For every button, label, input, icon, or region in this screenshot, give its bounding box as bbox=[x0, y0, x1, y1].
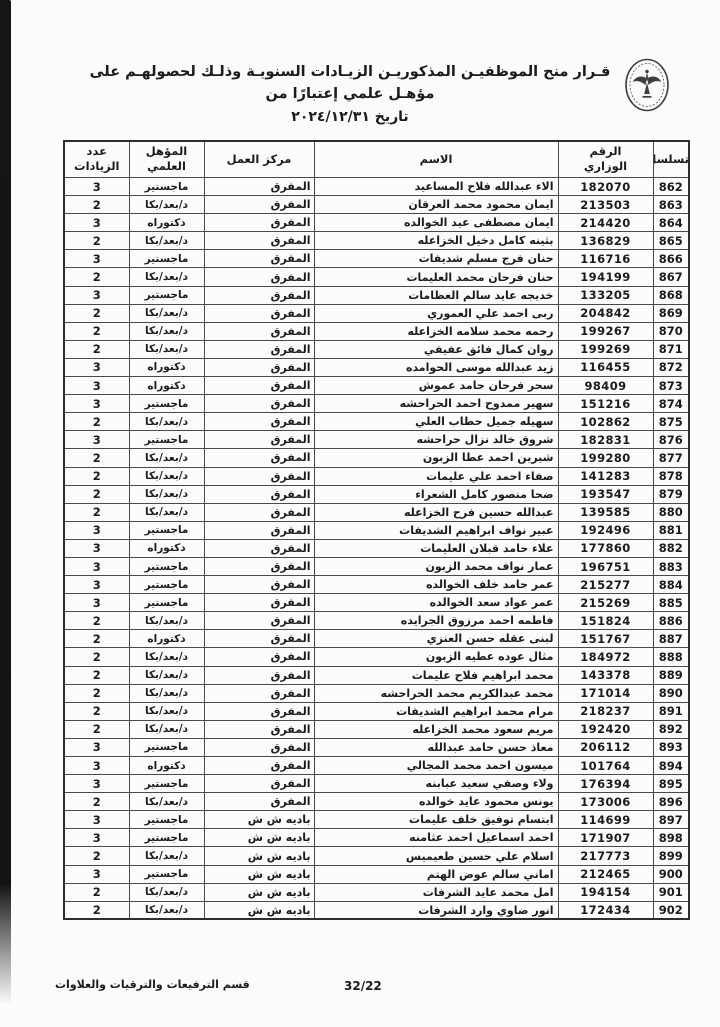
serial-cell: 894 bbox=[653, 757, 689, 775]
ministry-number-cell: 136829 bbox=[558, 232, 653, 250]
employee-name-cell: محمد ابراهيم فلاح عليمات bbox=[314, 666, 558, 684]
serial-cell: 871 bbox=[653, 340, 689, 358]
increments-cell: 3 bbox=[64, 576, 129, 594]
qualification-cell: ماجستير bbox=[129, 286, 204, 304]
serial-cell: 866 bbox=[653, 250, 689, 268]
footer-department-label: قسم الترفيعات والترقيات والعلاوات bbox=[55, 978, 250, 991]
work-center-cell: المفرق bbox=[204, 377, 314, 395]
table-row: 865 136829 بثينه كامل دخيل الخزاعله المف… bbox=[64, 232, 689, 250]
work-center-cell: المفرق bbox=[204, 358, 314, 376]
footer-page-number: 32/22 bbox=[344, 979, 382, 993]
increments-cell: 2 bbox=[64, 449, 129, 467]
increments-cell: 3 bbox=[64, 775, 129, 793]
employee-name-cell: محمد عبدالكريم محمد الحراحشه bbox=[314, 684, 558, 702]
qualification-cell: ماجستير bbox=[129, 431, 204, 449]
employee-name-cell: عمار نواف محمد الزبون bbox=[314, 557, 558, 575]
ministry-number-cell: 171907 bbox=[558, 829, 653, 847]
table-row: 886 151824 فاطمه احمد مرزوق الجرايده الم… bbox=[64, 612, 689, 630]
table-row: 867 194199 حنان فرحان محمد العليمات المف… bbox=[64, 268, 689, 286]
work-center-cell: المفرق bbox=[204, 539, 314, 557]
qualification-cell: د/بعد/بكا bbox=[129, 720, 204, 738]
qualification-cell: د/بعد/بكا bbox=[129, 449, 204, 467]
qualification-cell: د/بعد/بكا bbox=[129, 847, 204, 865]
work-center-cell: المفرق bbox=[204, 757, 314, 775]
employee-name-cell: صفاء احمد علي عليمات bbox=[314, 467, 558, 485]
serial-cell: 899 bbox=[653, 847, 689, 865]
employee-name-cell: مرام محمد ابراهيم الشديفات bbox=[314, 702, 558, 720]
employee-name-cell: عمر عواد سعد الخوالده bbox=[314, 594, 558, 612]
table-row: 895 176394 ولاء وصفي سعيد عبابنه المفرق … bbox=[64, 775, 689, 793]
qualification-cell: د/بعد/بكا bbox=[129, 413, 204, 431]
work-center-cell: المفرق bbox=[204, 521, 314, 539]
work-center-cell: المفرق bbox=[204, 214, 314, 232]
qualification-cell: د/بعد/بكا bbox=[129, 304, 204, 322]
table-header-row: تسلسل الرقم الوزاري الاسم مركز العمل الم… bbox=[64, 141, 689, 178]
employee-name-cell: سهيله جميل حطاب العلي bbox=[314, 413, 558, 431]
qualification-cell: ماجستير bbox=[129, 395, 204, 413]
work-center-cell: باديه ش ش bbox=[204, 865, 314, 883]
serial-cell: 874 bbox=[653, 395, 689, 413]
serial-cell: 893 bbox=[653, 738, 689, 756]
qualification-cell: د/بعد/بكا bbox=[129, 503, 204, 521]
work-center-cell: المفرق bbox=[204, 449, 314, 467]
qualification-cell: ماجستير bbox=[129, 521, 204, 539]
work-center-cell: باديه ش ش bbox=[204, 829, 314, 847]
increments-cell: 3 bbox=[64, 358, 129, 376]
employee-name-cell: يونس محمود عايد خوالده bbox=[314, 793, 558, 811]
increments-cell: 2 bbox=[64, 503, 129, 521]
increments-cell: 3 bbox=[64, 557, 129, 575]
increments-cell: 3 bbox=[64, 539, 129, 557]
increments-cell: 2 bbox=[64, 467, 129, 485]
table-row: 874 151216 سهير ممدوح احمد الحراحشه المف… bbox=[64, 395, 689, 413]
employee-name-cell: امل محمد عايد الشرفات bbox=[314, 883, 558, 901]
increments-cell: 3 bbox=[64, 377, 129, 395]
employee-name-cell: حنان فرج مسلم شديفات bbox=[314, 250, 558, 268]
serial-cell: 902 bbox=[653, 901, 689, 919]
table-row: 881 192496 عبير نواف ابراهيم الشديفات ال… bbox=[64, 521, 689, 539]
col-header-serial: تسلسل bbox=[653, 141, 689, 178]
increments-cell: 2 bbox=[64, 883, 129, 901]
work-center-cell: باديه ش ش bbox=[204, 883, 314, 901]
serial-cell: 868 bbox=[653, 286, 689, 304]
employee-name-cell: سحر فرحان حامد عموش bbox=[314, 377, 558, 395]
increments-cell: 2 bbox=[64, 684, 129, 702]
increments-cell: 2 bbox=[64, 322, 129, 340]
employee-name-cell: عبير نواف ابراهيم الشديفات bbox=[314, 521, 558, 539]
document-header: قـرار منح الموظفيـن المذكوريـن الزيـادات… bbox=[0, 0, 720, 125]
increments-cell: 3 bbox=[64, 395, 129, 413]
table-row: 902 172434 انور ضاوي وارد الشرفات باديه … bbox=[64, 901, 689, 919]
ministry-number-cell: 173006 bbox=[558, 793, 653, 811]
employee-name-cell: خديجه عايد سالم العظامات bbox=[314, 286, 558, 304]
ministry-number-cell: 217773 bbox=[558, 847, 653, 865]
table-row: 872 116455 زيد عبدالله موسى الحوامده الم… bbox=[64, 358, 689, 376]
ministry-number-cell: 213503 bbox=[558, 196, 653, 214]
increments-cell: 3 bbox=[64, 178, 129, 196]
qualification-cell: ماجستير bbox=[129, 576, 204, 594]
increments-cell: 2 bbox=[64, 340, 129, 358]
work-center-cell: المفرق bbox=[204, 250, 314, 268]
serial-cell: 898 bbox=[653, 829, 689, 847]
work-center-cell: المفرق bbox=[204, 232, 314, 250]
serial-cell: 889 bbox=[653, 666, 689, 684]
table-row: 882 177860 علاء حامد قبلان العليمات المف… bbox=[64, 539, 689, 557]
col-header-name: الاسم bbox=[314, 141, 558, 178]
ministry-number-cell: 194199 bbox=[558, 268, 653, 286]
work-center-cell: المفرق bbox=[204, 630, 314, 648]
ministry-number-cell: 214420 bbox=[558, 214, 653, 232]
work-center-cell: المفرق bbox=[204, 576, 314, 594]
table-row: 869 204842 ربى احمد علي العموري المفرق د… bbox=[64, 304, 689, 322]
work-center-cell: المفرق bbox=[204, 720, 314, 738]
employee-name-cell: زيد عبدالله موسى الحوامده bbox=[314, 358, 558, 376]
ministry-number-cell: 218237 bbox=[558, 702, 653, 720]
serial-cell: 883 bbox=[653, 557, 689, 575]
qualification-cell: د/بعد/بكا bbox=[129, 648, 204, 666]
increments-cell: 2 bbox=[64, 196, 129, 214]
ministry-number-cell: 114699 bbox=[558, 811, 653, 829]
employee-name-cell: مريم سعود محمد الخزاعله bbox=[314, 720, 558, 738]
employee-name-cell: بثينه كامل دخيل الخزاعله bbox=[314, 232, 558, 250]
table-row: 893 206112 معاذ حسن حامد عبدالله المفرق … bbox=[64, 738, 689, 756]
qualification-cell: دكتوراه bbox=[129, 377, 204, 395]
qualification-cell: ماجستير bbox=[129, 811, 204, 829]
serial-cell: 863 bbox=[653, 196, 689, 214]
work-center-cell: المفرق bbox=[204, 485, 314, 503]
serial-cell: 891 bbox=[653, 702, 689, 720]
ministry-number-cell: 204842 bbox=[558, 304, 653, 322]
increments-cell: 3 bbox=[64, 865, 129, 883]
table-row: 897 114699 ابتسام توفيق خلف عليمات باديه… bbox=[64, 811, 689, 829]
serial-cell: 872 bbox=[653, 358, 689, 376]
ministry-number-cell: 215277 bbox=[558, 576, 653, 594]
work-center-cell: المفرق bbox=[204, 612, 314, 630]
qualification-cell: دكتوراه bbox=[129, 358, 204, 376]
employee-name-cell: ايمان محمود محمد العرقان bbox=[314, 196, 558, 214]
increments-cell: 3 bbox=[64, 829, 129, 847]
increments-cell: 2 bbox=[64, 720, 129, 738]
serial-cell: 862 bbox=[653, 178, 689, 196]
qualification-cell: د/بعد/بكا bbox=[129, 232, 204, 250]
scan-edge-artifact bbox=[0, 0, 11, 1004]
serial-cell: 865 bbox=[653, 232, 689, 250]
employee-name-cell: ابتسام توفيق خلف عليمات bbox=[314, 811, 558, 829]
ministry-number-cell: 196751 bbox=[558, 557, 653, 575]
ministry-number-cell: 215269 bbox=[558, 594, 653, 612]
employee-name-cell: مثال عوده عطيه الزبون bbox=[314, 648, 558, 666]
table-row: 889 143378 محمد ابراهيم فلاح عليمات المف… bbox=[64, 666, 689, 684]
employee-name-cell: ايمان مصطفى عيد الخوالده bbox=[314, 214, 558, 232]
employee-name-cell: ربى احمد علي العموري bbox=[314, 304, 558, 322]
employee-name-cell: حنان فرحان محمد العليمات bbox=[314, 268, 558, 286]
serial-cell: 896 bbox=[653, 793, 689, 811]
qualification-cell: دكتوراه bbox=[129, 630, 204, 648]
ministry-number-cell: 199267 bbox=[558, 322, 653, 340]
qualification-cell: ماجستير bbox=[129, 178, 204, 196]
serial-cell: 890 bbox=[653, 684, 689, 702]
qualification-cell: د/بعد/بكا bbox=[129, 340, 204, 358]
serial-cell: 870 bbox=[653, 322, 689, 340]
document-footer: قسم الترفيعات والترقيات والعلاوات 32/22 bbox=[0, 976, 720, 1002]
increments-cell: 3 bbox=[64, 286, 129, 304]
work-center-cell: المفرق bbox=[204, 178, 314, 196]
qualification-cell: د/بعد/بكا bbox=[129, 666, 204, 684]
increments-cell: 2 bbox=[64, 304, 129, 322]
qualification-cell: ماجستير bbox=[129, 829, 204, 847]
table-row: 885 215269 عمر عواد سعد الخوالده المفرق … bbox=[64, 594, 689, 612]
employee-name-cell: احمد اسماعيل احمد عثامنه bbox=[314, 829, 558, 847]
table-row: 880 139585 عبدالله حسين فرح الخزاعله الم… bbox=[64, 503, 689, 521]
qualification-cell: ماجستير bbox=[129, 738, 204, 756]
ministry-number-cell: 192420 bbox=[558, 720, 653, 738]
ministry-number-cell: 171014 bbox=[558, 684, 653, 702]
ministry-number-cell: 143378 bbox=[558, 666, 653, 684]
qualification-cell: ماجستير bbox=[129, 557, 204, 575]
increments-cell: 2 bbox=[64, 648, 129, 666]
work-center-cell: المفرق bbox=[204, 738, 314, 756]
serial-cell: 881 bbox=[653, 521, 689, 539]
work-center-cell: المفرق bbox=[204, 196, 314, 214]
serial-cell: 901 bbox=[653, 883, 689, 901]
title-line2: تاريخ ٢٠٢٤/١٢/٣١ bbox=[80, 109, 620, 125]
qualification-cell: د/بعد/بكا bbox=[129, 702, 204, 720]
qualification-cell: د/بعد/بكا bbox=[129, 612, 204, 630]
table-row: 887 151767 لبنى عقله حسن العنزي المفرق د… bbox=[64, 630, 689, 648]
serial-cell: 873 bbox=[653, 377, 689, 395]
qualification-cell: د/بعد/بكا bbox=[129, 901, 204, 919]
serial-cell: 892 bbox=[653, 720, 689, 738]
qualification-cell: د/بعد/بكا bbox=[129, 322, 204, 340]
serial-cell: 900 bbox=[653, 865, 689, 883]
table-row: 891 218237 مرام محمد ابراهيم الشديفات ال… bbox=[64, 702, 689, 720]
ministry-emblem-icon bbox=[624, 58, 670, 112]
qualification-cell: دكتوراه bbox=[129, 539, 204, 557]
ministry-number-cell: 192496 bbox=[558, 521, 653, 539]
qualification-cell: د/بعد/بكا bbox=[129, 485, 204, 503]
ministry-number-cell: 141283 bbox=[558, 467, 653, 485]
increments-cell: 3 bbox=[64, 431, 129, 449]
increments-cell: 2 bbox=[64, 232, 129, 250]
employee-name-cell: ولاء وصفي سعيد عبابنه bbox=[314, 775, 558, 793]
ministry-number-cell: 199269 bbox=[558, 340, 653, 358]
col-header-work-center: مركز العمل bbox=[204, 141, 314, 178]
table-row: 875 102862 سهيله جميل حطاب العلي المفرق … bbox=[64, 413, 689, 431]
increments-cell: 3 bbox=[64, 521, 129, 539]
increments-cell: 2 bbox=[64, 413, 129, 431]
employee-name-cell: ميسون احمد محمد المجالي bbox=[314, 757, 558, 775]
col-header-ministry-number: الرقم الوزاري bbox=[558, 141, 653, 178]
serial-cell: 882 bbox=[653, 539, 689, 557]
qualification-cell: د/بعد/بكا bbox=[129, 684, 204, 702]
qualification-cell: دكتوراه bbox=[129, 214, 204, 232]
ministry-number-cell: 116455 bbox=[558, 358, 653, 376]
ministry-number-cell: 172434 bbox=[558, 901, 653, 919]
increments-cell: 2 bbox=[64, 666, 129, 684]
table-body: 862 182070 الاء عبدالله فلاح المساعيد ال… bbox=[64, 178, 689, 920]
employee-name-cell: شيرين احمد عطا الزبون bbox=[314, 449, 558, 467]
work-center-cell: المفرق bbox=[204, 268, 314, 286]
serial-cell: 897 bbox=[653, 811, 689, 829]
document-title: قـرار منح الموظفيـن المذكوريـن الزيـادات… bbox=[80, 62, 620, 125]
increments-cell: 3 bbox=[64, 738, 129, 756]
employee-name-cell: رحمه محمد سلامه الخزاعله bbox=[314, 322, 558, 340]
increments-cell: 2 bbox=[64, 630, 129, 648]
ministry-number-cell: 151216 bbox=[558, 395, 653, 413]
increments-cell: 3 bbox=[64, 757, 129, 775]
increments-cell: 2 bbox=[64, 612, 129, 630]
employee-name-cell: شروق خالد نزال حراحشه bbox=[314, 431, 558, 449]
employee-name-cell: سهير ممدوح احمد الحراحشه bbox=[314, 395, 558, 413]
qualification-cell: دكتوراه bbox=[129, 757, 204, 775]
serial-cell: 885 bbox=[653, 594, 689, 612]
title-line1: قـرار منح الموظفيـن المذكوريـن الزيـادات… bbox=[80, 62, 620, 106]
increments-cell: 2 bbox=[64, 901, 129, 919]
table-row: 901 194154 امل محمد عايد الشرفات باديه ش… bbox=[64, 883, 689, 901]
serial-cell: 869 bbox=[653, 304, 689, 322]
work-center-cell: المفرق bbox=[204, 340, 314, 358]
table-row: 883 196751 عمار نواف محمد الزبون المفرق … bbox=[64, 557, 689, 575]
ministry-number-cell: 199280 bbox=[558, 449, 653, 467]
increments-cell: 3 bbox=[64, 811, 129, 829]
work-center-cell: المفرق bbox=[204, 286, 314, 304]
work-center-cell: المفرق bbox=[204, 594, 314, 612]
serial-cell: 880 bbox=[653, 503, 689, 521]
increments-cell: 2 bbox=[64, 268, 129, 286]
work-center-cell: المفرق bbox=[204, 503, 314, 521]
work-center-cell: المفرق bbox=[204, 413, 314, 431]
table-row: 894 101764 ميسون احمد محمد المجالي المفر… bbox=[64, 757, 689, 775]
ministry-number-cell: 101764 bbox=[558, 757, 653, 775]
work-center-cell: المفرق bbox=[204, 395, 314, 413]
qualification-cell: د/بعد/بكا bbox=[129, 883, 204, 901]
serial-cell: 867 bbox=[653, 268, 689, 286]
qualification-cell: ماجستير bbox=[129, 250, 204, 268]
table-row: 871 199269 روان كمال فائق عفيفي المفرق د… bbox=[64, 340, 689, 358]
qualification-cell: ماجستير bbox=[129, 775, 204, 793]
increments-table: تسلسل الرقم الوزاري الاسم مركز العمل الم… bbox=[63, 140, 690, 921]
table-row: 900 212465 اماني سالم عوض الهتم باديه ش … bbox=[64, 865, 689, 883]
ministry-number-cell: 139585 bbox=[558, 503, 653, 521]
employee-name-cell: لبنى عقله حسن العنزي bbox=[314, 630, 558, 648]
scanned-document-page: { "page": { "title_line1": "قـرار منح ال… bbox=[0, 0, 720, 1027]
ministry-number-cell: 176394 bbox=[558, 775, 653, 793]
ministry-number-cell: 212465 bbox=[558, 865, 653, 883]
table-row: 884 215277 عمر حامد خلف الخوالده المفرق … bbox=[64, 576, 689, 594]
qualification-cell: د/بعد/بكا bbox=[129, 196, 204, 214]
employee-name-cell: الاء عبدالله فلاح المساعيد bbox=[314, 178, 558, 196]
table-row: 866 116716 حنان فرج مسلم شديفات المفرق م… bbox=[64, 250, 689, 268]
ministry-number-cell: 193547 bbox=[558, 485, 653, 503]
increments-cell: 3 bbox=[64, 214, 129, 232]
work-center-cell: المفرق bbox=[204, 666, 314, 684]
work-center-cell: باديه ش ش bbox=[204, 847, 314, 865]
ministry-number-cell: 151767 bbox=[558, 630, 653, 648]
work-center-cell: المفرق bbox=[204, 702, 314, 720]
ministry-number-cell: 102862 bbox=[558, 413, 653, 431]
table-row: 890 171014 محمد عبدالكريم محمد الحراحشه … bbox=[64, 684, 689, 702]
qualification-cell: د/بعد/بكا bbox=[129, 268, 204, 286]
increments-cell: 2 bbox=[64, 793, 129, 811]
employee-name-cell: روان كمال فائق عفيفي bbox=[314, 340, 558, 358]
work-center-cell: باديه ش ش bbox=[204, 811, 314, 829]
serial-cell: 888 bbox=[653, 648, 689, 666]
qualification-cell: د/بعد/بكا bbox=[129, 467, 204, 485]
work-center-cell: المفرق bbox=[204, 467, 314, 485]
table-row: 864 214420 ايمان مصطفى عيد الخوالده المف… bbox=[64, 214, 689, 232]
ministry-number-cell: 184972 bbox=[558, 648, 653, 666]
serial-cell: 887 bbox=[653, 630, 689, 648]
employee-name-cell: معاذ حسن حامد عبدالله bbox=[314, 738, 558, 756]
ministry-number-cell: 133205 bbox=[558, 286, 653, 304]
col-header-qualification: المؤهل العلمي bbox=[129, 141, 204, 178]
table-row: 899 217773 اسلام علي حسين طعيميس باديه ش… bbox=[64, 847, 689, 865]
effective-date: ٢٠٢٤/١٢/٣١ bbox=[291, 109, 370, 125]
date-label: تاريخ bbox=[375, 109, 409, 125]
table-row: 896 173006 يونس محمود عايد خوالده المفرق… bbox=[64, 793, 689, 811]
col-header-increments: عدد الزيادات bbox=[64, 141, 129, 178]
work-center-cell: المفرق bbox=[204, 684, 314, 702]
work-center-cell: المفرق bbox=[204, 557, 314, 575]
ministry-number-cell: 151824 bbox=[558, 612, 653, 630]
serial-cell: 895 bbox=[653, 775, 689, 793]
ministry-number-cell: 194154 bbox=[558, 883, 653, 901]
employee-name-cell: علاء حامد قبلان العليمات bbox=[314, 539, 558, 557]
work-center-cell: المفرق bbox=[204, 431, 314, 449]
employee-name-cell: عبدالله حسين فرح الخزاعله bbox=[314, 503, 558, 521]
employee-name-cell: انور ضاوي وارد الشرفات bbox=[314, 901, 558, 919]
ministry-number-cell: 177860 bbox=[558, 539, 653, 557]
serial-cell: 877 bbox=[653, 449, 689, 467]
table-row: 873 98409 سحر فرحان حامد عموش المفرق دكت… bbox=[64, 377, 689, 395]
work-center-cell: المفرق bbox=[204, 775, 314, 793]
qualification-cell: ماجستير bbox=[129, 594, 204, 612]
table-row: 870 199267 رحمه محمد سلامه الخزاعله المف… bbox=[64, 322, 689, 340]
serial-cell: 875 bbox=[653, 413, 689, 431]
increments-cell: 3 bbox=[64, 250, 129, 268]
serial-cell: 878 bbox=[653, 467, 689, 485]
serial-cell: 886 bbox=[653, 612, 689, 630]
table-row: 877 199280 شيرين احمد عطا الزبون المفرق … bbox=[64, 449, 689, 467]
increments-cell: 2 bbox=[64, 847, 129, 865]
serial-cell: 864 bbox=[653, 214, 689, 232]
work-center-cell: المفرق bbox=[204, 322, 314, 340]
work-center-cell: المفرق bbox=[204, 304, 314, 322]
employee-name-cell: فاطمه احمد مرزوق الجرايده bbox=[314, 612, 558, 630]
table-row: 888 184972 مثال عوده عطيه الزبون المفرق … bbox=[64, 648, 689, 666]
table-row: 863 213503 ايمان محمود محمد العرقان المف… bbox=[64, 196, 689, 214]
table-row: 878 141283 صفاء احمد علي عليمات المفرق د… bbox=[64, 467, 689, 485]
employee-name-cell: عمر حامد خلف الخوالده bbox=[314, 576, 558, 594]
ministry-number-cell: 98409 bbox=[558, 377, 653, 395]
increments-cell: 3 bbox=[64, 594, 129, 612]
increments-cell: 2 bbox=[64, 702, 129, 720]
serial-cell: 876 bbox=[653, 431, 689, 449]
employee-name-cell: اماني سالم عوض الهتم bbox=[314, 865, 558, 883]
employee-name-cell: ضحا منصور كامل الشعراء bbox=[314, 485, 558, 503]
table-row: 879 193547 ضحا منصور كامل الشعراء المفرق… bbox=[64, 485, 689, 503]
ministry-number-cell: 116716 bbox=[558, 250, 653, 268]
work-center-cell: المفرق bbox=[204, 793, 314, 811]
work-center-cell: المفرق bbox=[204, 648, 314, 666]
increments-cell: 2 bbox=[64, 485, 129, 503]
table-row: 876 182831 شروق خالد نزال حراحشه المفرق … bbox=[64, 431, 689, 449]
work-center-cell: باديه ش ش bbox=[204, 901, 314, 919]
employee-name-cell: اسلام علي حسين طعيميس bbox=[314, 847, 558, 865]
qualification-cell: د/بعد/بكا bbox=[129, 793, 204, 811]
ministry-number-cell: 206112 bbox=[558, 738, 653, 756]
table-row: 862 182070 الاء عبدالله فلاح المساعيد ال… bbox=[64, 178, 689, 196]
